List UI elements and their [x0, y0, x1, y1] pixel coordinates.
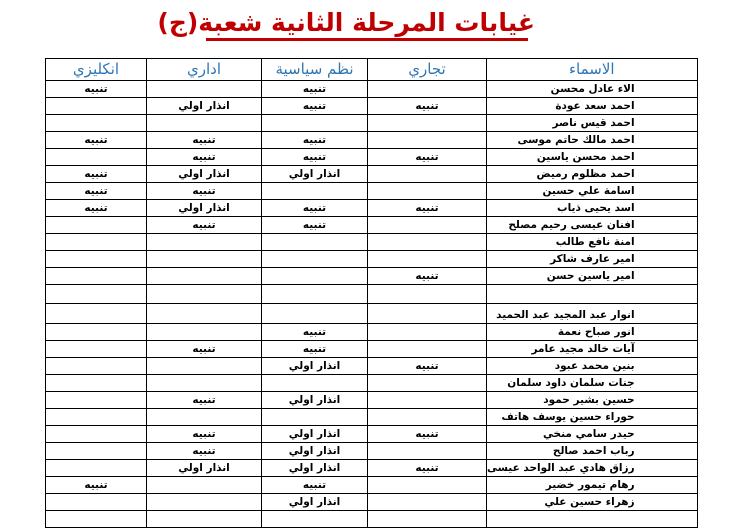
status-cell-admin	[147, 115, 262, 132]
status-cell-english	[46, 234, 147, 251]
status-cell-commerce: تنبيه	[368, 149, 487, 166]
status-cell-admin: انذار اولي	[147, 200, 262, 217]
student-name-cell: احمد مالك حاتم موسى	[487, 132, 698, 149]
status-cell-politics	[262, 183, 368, 200]
table-row	[46, 285, 698, 304]
status-cell-english	[46, 443, 147, 460]
status-cell-commerce	[368, 477, 487, 494]
status-cell-admin	[147, 324, 262, 341]
table-row: تنبيهتنبيهآيات خالد مجيد عامر	[46, 341, 698, 358]
status-cell-english: تنبيه	[46, 81, 147, 98]
status-cell-politics	[262, 511, 368, 528]
status-cell-commerce: تنبيه	[368, 358, 487, 375]
student-name-cell: اسد يحيى ذياب	[487, 200, 698, 217]
table-row: انذار اوليتنبيهبنين محمد عبود	[46, 358, 698, 375]
status-cell-english	[46, 392, 147, 409]
status-cell-commerce	[368, 392, 487, 409]
status-cell-commerce	[368, 183, 487, 200]
status-cell-commerce	[368, 409, 487, 426]
status-cell-politics: تنبيه	[262, 149, 368, 166]
status-cell-english	[46, 324, 147, 341]
status-cell-commerce: تنبيه	[368, 460, 487, 477]
status-cell-politics: انذار اولي	[262, 166, 368, 183]
student-name-cell: افنان عيسى رحيم مصلح	[487, 217, 698, 234]
status-cell-admin	[147, 494, 262, 511]
table-row: تنبيهتنبيهافنان عيسى رحيم مصلح	[46, 217, 698, 234]
status-cell-commerce	[368, 132, 487, 149]
status-cell-admin: انذار اولي	[147, 166, 262, 183]
status-cell-commerce	[368, 511, 487, 528]
status-cell-politics: تنبيه	[262, 132, 368, 149]
status-cell-politics: تنبيه	[262, 217, 368, 234]
status-cell-english	[46, 285, 147, 304]
table-row: حوراء حسين يوسف هاتف	[46, 409, 698, 426]
table-row: تنبيهانذار اوليرباب احمد صالح	[46, 443, 698, 460]
student-name-cell: انوار عبد المجيد عبد الحميد	[487, 304, 698, 324]
student-name-cell: احمد سعد عودة	[487, 98, 698, 115]
status-cell-commerce	[368, 285, 487, 304]
status-cell-commerce: تنبيه	[368, 98, 487, 115]
status-cell-politics: انذار اولي	[262, 443, 368, 460]
column-header-admin: اداري	[147, 59, 262, 81]
status-cell-english	[46, 268, 147, 285]
table-row: تنبيهتنبيهاسامة علي حسين	[46, 183, 698, 200]
status-cell-politics: تنبيه	[262, 200, 368, 217]
student-name-cell: امنة نافع طالب	[487, 234, 698, 251]
status-cell-admin: تنبيه	[147, 217, 262, 234]
status-cell-english: تنبيه	[46, 477, 147, 494]
table-row: انذار اوليزهراء حسين علي	[46, 494, 698, 511]
status-cell-commerce	[368, 81, 487, 98]
student-name-cell: اسامة علي حسين	[487, 183, 698, 200]
student-name-cell: رهام تيمور خضير	[487, 477, 698, 494]
status-cell-politics	[262, 409, 368, 426]
status-cell-admin	[147, 285, 262, 304]
student-name-cell: رباب احمد صالح	[487, 443, 698, 460]
table-row: تنبيهتنبيهالاء عادل محسن	[46, 81, 698, 98]
student-name-cell: انور صباح نعمة	[487, 324, 698, 341]
status-cell-english: تنبيه	[46, 200, 147, 217]
status-cell-commerce	[368, 324, 487, 341]
status-cell-admin: تنبيه	[147, 341, 262, 358]
status-cell-admin: تنبيه	[147, 132, 262, 149]
status-cell-english	[46, 149, 147, 166]
student-name-cell: آيات خالد مجيد عامر	[487, 341, 698, 358]
status-cell-politics	[262, 375, 368, 392]
table-row: انذار اوليتنبيهتنبيهاحمد سعد عودة	[46, 98, 698, 115]
status-cell-politics: انذار اولي	[262, 392, 368, 409]
table-row	[46, 511, 698, 528]
status-cell-commerce	[368, 375, 487, 392]
status-cell-admin: تنبيه	[147, 426, 262, 443]
status-cell-english: تنبيه	[46, 183, 147, 200]
status-cell-english	[46, 494, 147, 511]
table-row: تنبيهانذار اوليتنبيهتنبيهاسد يحيى ذياب	[46, 200, 698, 217]
status-cell-english	[46, 375, 147, 392]
student-name-cell: حيدر سامي منخي	[487, 426, 698, 443]
column-header-commerce: تجاري	[368, 59, 487, 81]
status-cell-commerce	[368, 217, 487, 234]
status-cell-commerce	[368, 304, 487, 324]
status-cell-admin: انذار اولي	[147, 98, 262, 115]
status-cell-admin	[147, 81, 262, 98]
student-name-cell: بنين محمد عبود	[487, 358, 698, 375]
status-cell-admin	[147, 268, 262, 285]
table-row: تنبيهانور صباح نعمة	[46, 324, 698, 341]
status-cell-admin	[147, 375, 262, 392]
student-name-cell	[487, 511, 698, 528]
status-cell-politics	[262, 285, 368, 304]
status-cell-english	[46, 460, 147, 477]
status-cell-english	[46, 217, 147, 234]
status-cell-english	[46, 358, 147, 375]
student-name-cell: احمد قيس ناصر	[487, 115, 698, 132]
status-cell-admin: تنبيه	[147, 149, 262, 166]
table-row: امنة نافع طالب	[46, 234, 698, 251]
student-name-cell: زهراء حسين علي	[487, 494, 698, 511]
status-cell-politics: تنبيه	[262, 98, 368, 115]
status-cell-commerce	[368, 234, 487, 251]
status-cell-politics: تنبيه	[262, 477, 368, 494]
status-cell-english	[46, 98, 147, 115]
status-cell-admin	[147, 234, 262, 251]
status-cell-admin: تنبيه	[147, 443, 262, 460]
table-row: انذار اوليانذار اوليتنبيهرزاق هادي عبد ا…	[46, 460, 698, 477]
student-name-cell: جنات سلمان داود سلمان	[487, 375, 698, 392]
status-cell-politics	[262, 304, 368, 324]
student-name-cell: امير ياسين حسن	[487, 268, 698, 285]
table-row: جنات سلمان داود سلمان	[46, 375, 698, 392]
table-row: احمد قيس ناصر	[46, 115, 698, 132]
column-header-politics: نظم سياسية	[262, 59, 368, 81]
status-cell-english	[46, 304, 147, 324]
table-row: تنبيهتنبيهرهام تيمور خضير	[46, 477, 698, 494]
table-row: تنبيهانذار اوليتنبيهحيدر سامي منخي	[46, 426, 698, 443]
status-cell-commerce	[368, 115, 487, 132]
status-cell-commerce	[368, 341, 487, 358]
status-cell-commerce	[368, 443, 487, 460]
student-name-cell	[487, 285, 698, 304]
status-cell-politics	[262, 115, 368, 132]
status-cell-politics	[262, 251, 368, 268]
status-cell-admin: انذار اولي	[147, 460, 262, 477]
table-row: تنبيهانذار اوليحسين بشير حمود	[46, 392, 698, 409]
status-cell-english	[46, 341, 147, 358]
status-cell-politics: انذار اولي	[262, 460, 368, 477]
status-cell-admin	[147, 358, 262, 375]
title-underline	[206, 38, 528, 41]
status-cell-politics	[262, 234, 368, 251]
status-cell-english	[46, 426, 147, 443]
status-cell-admin	[147, 511, 262, 528]
status-cell-admin	[147, 477, 262, 494]
status-cell-commerce	[368, 166, 487, 183]
status-cell-admin	[147, 409, 262, 426]
table-header-row: انكليزي اداري نظم سياسية تجاري الاسماء	[46, 59, 698, 81]
table-row: تنبيهانذار اوليانذار اولياحمد مظلوم رميض	[46, 166, 698, 183]
table-row: امير عارف شاكر	[46, 251, 698, 268]
absences-table: انكليزي اداري نظم سياسية تجاري الاسماء ت…	[45, 58, 698, 528]
status-cell-politics	[262, 268, 368, 285]
status-cell-commerce	[368, 494, 487, 511]
student-name-cell: رزاق هادي عبد الواحد عيسى	[487, 460, 698, 477]
status-cell-admin	[147, 251, 262, 268]
student-name-cell: الاء عادل محسن	[487, 81, 698, 98]
table-row: تنبيهتنبيهتنبيهاحمد مالك حاتم موسى	[46, 132, 698, 149]
status-cell-english	[46, 251, 147, 268]
status-cell-politics: انذار اولي	[262, 494, 368, 511]
status-cell-commerce: تنبيه	[368, 268, 487, 285]
status-cell-commerce	[368, 251, 487, 268]
status-cell-politics: انذار اولي	[262, 426, 368, 443]
status-cell-politics: تنبيه	[262, 324, 368, 341]
status-cell-politics: تنبيه	[262, 81, 368, 98]
status-cell-admin	[147, 304, 262, 324]
status-cell-politics: تنبيه	[262, 341, 368, 358]
student-name-cell: احمد محسن ياسين	[487, 149, 698, 166]
status-cell-commerce: تنبيه	[368, 200, 487, 217]
status-cell-english	[46, 115, 147, 132]
column-header-english: انكليزي	[46, 59, 147, 81]
status-cell-english	[46, 409, 147, 426]
student-name-cell: حوراء حسين يوسف هاتف	[487, 409, 698, 426]
status-cell-politics: انذار اولي	[262, 358, 368, 375]
status-cell-admin: تنبيه	[147, 392, 262, 409]
table-row: تنبيهتنبيهتنبيهاحمد محسن ياسين	[46, 149, 698, 166]
student-name-cell: امير عارف شاكر	[487, 251, 698, 268]
status-cell-english: تنبيه	[46, 132, 147, 149]
student-name-cell: حسين بشير حمود	[487, 392, 698, 409]
status-cell-commerce: تنبيه	[368, 426, 487, 443]
student-name-cell: احمد مظلوم رميض	[487, 166, 698, 183]
table-row: تنبيهامير ياسين حسن	[46, 268, 698, 285]
table-row: انوار عبد المجيد عبد الحميد	[46, 304, 698, 324]
column-header-names: الاسماء	[487, 59, 698, 81]
status-cell-english	[46, 511, 147, 528]
status-cell-english: تنبيه	[46, 166, 147, 183]
status-cell-admin: تنبيه	[147, 183, 262, 200]
